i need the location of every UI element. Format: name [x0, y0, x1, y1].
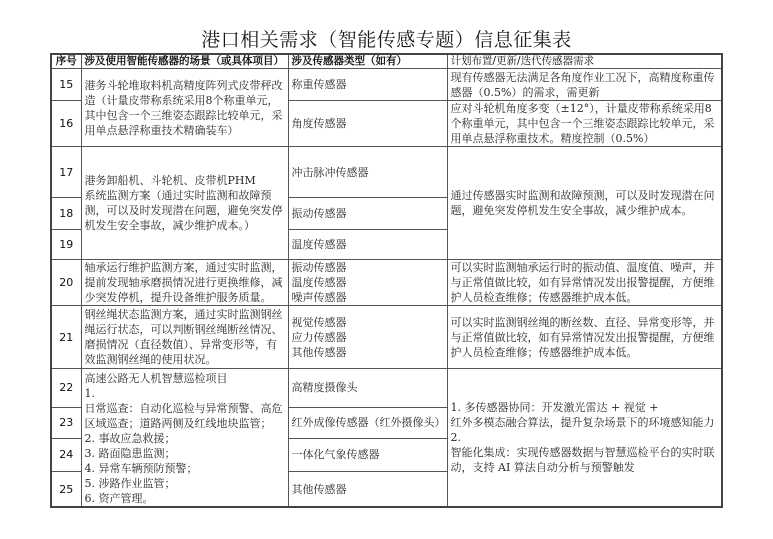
- scene-cell: 港务卸船机、斗轮机、皮带机PHM 系统监测方案（通过实时监测和故障预测，可以及时…: [81, 147, 288, 260]
- plan-cell: 可以实时监测轴承运行时的振动值、温度值、噪声，并与正常值做比较，如有异常情况发出…: [447, 260, 722, 306]
- table-row: 20 轴承运行维护监测方案，通过实时监测，提前发现轴承磨损情况进行更换维修，减少…: [51, 260, 722, 306]
- scene-cell: 高速公路无人机智慧巡检项目 1. 日常巡查：自动化巡检与异常预警、高危区域巡查；…: [81, 369, 288, 508]
- row-number: 23: [51, 407, 81, 438]
- info-collection-table: 序号 涉及使用智能传感器的场景（或具体项目） 涉及传感器类型（如有） 计划布置/…: [50, 53, 723, 508]
- row-number: 20: [51, 260, 81, 306]
- sensor-cell: 角度传感器: [288, 101, 447, 147]
- sensor-cell: 冲击脉冲传感器: [288, 147, 447, 198]
- header-serial-number: 序号: [51, 54, 81, 69]
- table-row: 21 钢丝绳状态监测方案，通过实时监测钢丝绳运行状态，可以判断钢丝绳断丝情况、磨…: [51, 306, 722, 369]
- sensor-cell: 其他传感器: [288, 472, 447, 507]
- table-row: 15 港务斗轮堆取料机高精度阵列式皮带秤改造（计量皮带称系统采用8个称重单元，其…: [51, 69, 722, 101]
- sensor-cell: 温度传感器: [288, 230, 447, 260]
- row-number: 21: [51, 306, 81, 369]
- row-number: 15: [51, 69, 81, 101]
- sensor-cell: 一体化气象传感器: [288, 438, 447, 471]
- row-number: 24: [51, 438, 81, 471]
- sensor-cell: 高精度摄像头: [288, 369, 447, 408]
- scene-cell: 轴承运行维护监测方案，通过实时监测，提前发现轴承磨损情况进行更换维修，减少突发停…: [81, 260, 288, 306]
- sensor-cell: 视觉传感器 应力传感器 其他传感器: [288, 306, 447, 369]
- plan-cell: 现有传感器无法满足各角度作业工况下，高精度称重传感器（0.5%）的需求，需更新: [447, 69, 722, 101]
- sensor-cell: 称重传感器: [288, 69, 447, 101]
- table-row: 22 高速公路无人机智慧巡检项目 1. 日常巡查：自动化巡检与异常预警、高危区域…: [51, 369, 722, 408]
- sensor-cell: 振动传感器: [288, 198, 447, 230]
- header-plan: 计划布置/更新/迭代传感器需求: [447, 54, 722, 69]
- page-title: 港口相关需求（智能传感专题）信息征集表: [0, 28, 773, 52]
- row-number: 18: [51, 198, 81, 230]
- table-row: 17 港务卸船机、斗轮机、皮带机PHM 系统监测方案（通过实时监测和故障预测，可…: [51, 147, 722, 198]
- plan-cell: 可以实时监测钢丝绳的断丝数、直径、异常变形等，并与正常值做比较，如有异常情况发出…: [447, 306, 722, 369]
- scene-cell: 钢丝绳状态监测方案，通过实时监测钢丝绳运行状态，可以判断钢丝绳断丝情况、磨损情况…: [81, 306, 288, 369]
- header-scene: 涉及使用智能传感器的场景（或具体项目）: [81, 54, 288, 69]
- row-number: 17: [51, 147, 81, 198]
- header-sensor-type: 涉及传感器类型（如有）: [288, 54, 447, 69]
- plan-cell: 1. 多传感器协同：开发激光雷达 + 视觉 + 红外多模态融合算法，提升复杂场景…: [447, 369, 722, 508]
- table-header-row: 序号 涉及使用智能传感器的场景（或具体项目） 涉及传感器类型（如有） 计划布置/…: [51, 54, 722, 69]
- sensor-cell: 红外成像传感器（红外摄像头）: [288, 407, 447, 438]
- row-number: 19: [51, 230, 81, 260]
- sensor-cell: 振动传感器 温度传感器 噪声传感器: [288, 260, 447, 306]
- plan-cell: 应对斗轮机角度多变（±12°），计量皮带称系统采用8个称重单元，其中包含一个三维…: [447, 101, 722, 147]
- row-number: 22: [51, 369, 81, 408]
- row-number: 25: [51, 472, 81, 507]
- scene-cell: 港务斗轮堆取料机高精度阵列式皮带秤改造（计量皮带称系统采用8个称重单元，其中包含…: [81, 69, 288, 147]
- plan-cell: 通过传感器实时监测和故障预测，可以及时发现潜在问题，避免突发停机发生安全事故，减…: [447, 147, 722, 260]
- row-number: 16: [51, 101, 81, 147]
